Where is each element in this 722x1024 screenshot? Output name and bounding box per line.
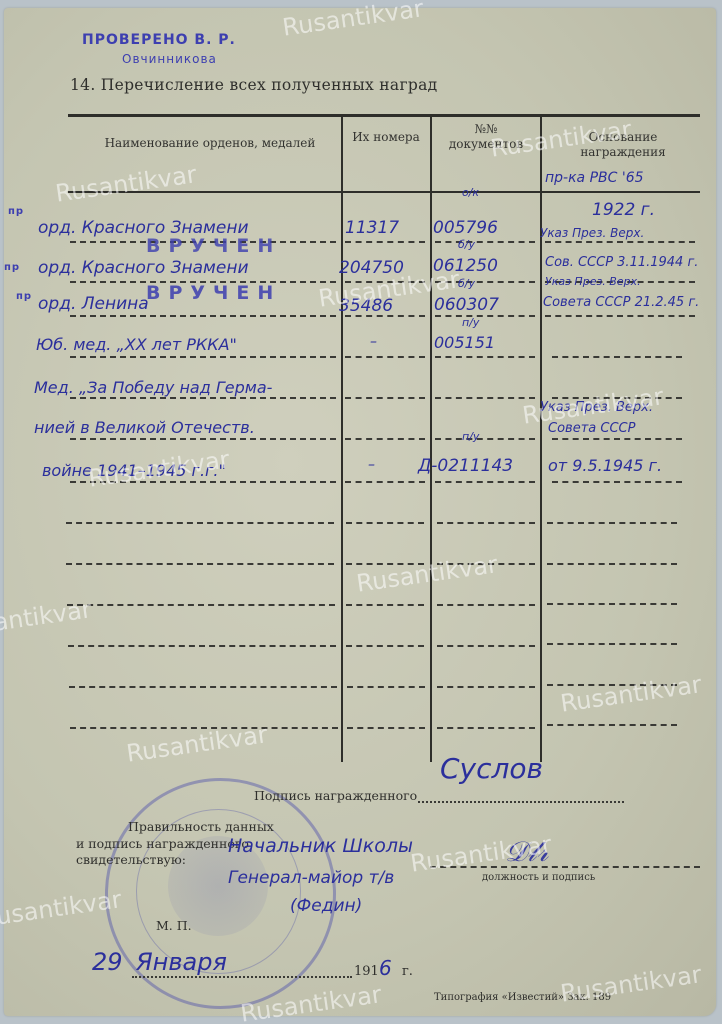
handed-over-stamp: ВРУЧЕН <box>146 282 281 304</box>
document-series: п/у <box>462 430 479 443</box>
award-number: 11317 <box>345 218 399 238</box>
document-series: б/у <box>458 238 475 251</box>
award-basis: Совета СССР 21.2.45 г. <box>543 295 699 310</box>
row-rule <box>70 356 336 358</box>
empty-row-rule <box>437 563 535 565</box>
row-rule <box>345 438 425 440</box>
award-name: Мед. „За Победу над Герма- <box>34 378 272 397</box>
document-number: 060307 <box>434 295 499 315</box>
row-rule <box>435 241 535 243</box>
empty-row-rule <box>346 604 424 606</box>
column-divider-2 <box>430 116 432 762</box>
empty-row-rule <box>547 684 677 686</box>
table-header-rule <box>68 191 700 193</box>
date-year-suffix: 6 <box>379 956 392 980</box>
header-note: пр-ка РВС '65 <box>545 170 644 186</box>
date-month: Января <box>136 948 227 976</box>
date-day: 29 <box>92 948 123 976</box>
position-signature-label: должность и подпись <box>482 872 595 883</box>
award-number: – <box>368 457 375 473</box>
recipient-signature: Суслов <box>440 752 543 785</box>
verify-label-1: Правильность данных <box>128 819 274 834</box>
award-name: Юб. мед. „XX лет РККА" <box>36 335 237 354</box>
row-rule <box>545 241 695 243</box>
official-rank: Генерал-майор т/в <box>228 868 394 888</box>
header-award-name: Наименование орденов, медалей <box>90 136 330 151</box>
verify-label-3: свидетельствую: <box>76 852 186 867</box>
empty-row-rule <box>66 522 334 524</box>
official-title: Начальник Школы <box>228 835 413 857</box>
row-rule <box>70 315 336 317</box>
table-top-rule <box>68 114 700 117</box>
verify-label-2: и подпись награжденного <box>76 836 249 851</box>
printer-imprint: Типография «Известий» Зак. 189 <box>434 992 611 1003</box>
doc-series-first: о/к <box>462 186 479 199</box>
document-number: Д-0211143 <box>418 456 513 476</box>
award-basis: Указ През. Верх. <box>545 275 641 288</box>
empty-row-rule <box>437 727 535 729</box>
row-mark: пр <box>16 291 32 302</box>
header-numbers: Их номера <box>345 130 427 145</box>
award-number: 35486 <box>339 296 393 316</box>
row-rule <box>435 315 535 317</box>
row-rule <box>552 438 682 440</box>
date-year-end: г. <box>402 964 413 979</box>
empty-row-rule <box>547 724 677 726</box>
seal-place-label: М. П. <box>156 918 192 933</box>
empty-row-rule <box>67 604 335 606</box>
row-mark: пр <box>8 206 24 217</box>
empty-row-rule <box>70 727 338 729</box>
row-mark: пр <box>4 262 20 273</box>
row-rule <box>70 438 336 440</box>
award-basis: 1922 г. <box>592 200 655 220</box>
empty-row-rule <box>437 645 535 647</box>
empty-row-rule <box>547 563 677 565</box>
empty-row-rule <box>437 686 535 688</box>
row-rule <box>70 481 336 483</box>
row-rule <box>552 397 682 399</box>
header-document-numbers: №№ документов <box>440 122 532 152</box>
handed-over-stamp: ВРУЧЕН <box>146 235 281 257</box>
verified-stamp-line1: ПРОВЕРЕНО В. Р. <box>82 32 236 48</box>
empty-row-rule <box>547 643 677 645</box>
date-year-prefix: 191 <box>354 964 379 979</box>
empty-row-rule <box>346 645 424 647</box>
recipient-signature-label: Подпись награжденного <box>254 788 417 803</box>
empty-row-rule <box>547 522 677 524</box>
award-number: – <box>370 334 377 350</box>
column-divider-1 <box>341 116 343 762</box>
award-name: орд. Красного Знамени <box>38 258 249 278</box>
column-divider-3 <box>540 116 542 762</box>
section-title: 14. Перечисление всех полученных наград <box>70 76 437 94</box>
document-number: 005796 <box>433 218 498 238</box>
empty-row-rule <box>346 563 424 565</box>
empty-row-rule <box>69 686 337 688</box>
award-basis: Указ През. Верх. <box>540 400 653 415</box>
row-rule <box>345 397 425 399</box>
empty-row-rule <box>346 522 424 524</box>
empty-row-rule <box>68 645 336 647</box>
award-name: нией в Великой Отечеств. <box>34 418 255 437</box>
row-rule <box>435 281 535 283</box>
row-rule <box>435 356 535 358</box>
document-number: 005151 <box>434 333 495 352</box>
award-name: войне 1941–1945 г.г." <box>42 461 226 480</box>
empty-row-rule <box>437 522 535 524</box>
row-rule <box>435 481 535 483</box>
award-basis: Сов. СССР 3.11.1944 г. <box>545 255 698 270</box>
verified-stamp-line2: Овчинникова <box>122 52 217 66</box>
official-signature: 𝒟𝓁𝓇 <box>505 835 548 869</box>
row-rule <box>345 356 425 358</box>
empty-row-rule <box>347 686 425 688</box>
empty-row-rule <box>347 727 425 729</box>
row-rule <box>345 241 425 243</box>
row-rule <box>545 315 695 317</box>
official-signature-line <box>430 866 700 868</box>
award-basis: Совета СССР <box>548 421 635 436</box>
award-number: 204750 <box>339 258 404 278</box>
row-rule <box>70 397 336 399</box>
document-series: б/у <box>458 277 475 290</box>
row-rule <box>435 397 535 399</box>
recipient-signature-line <box>418 801 624 803</box>
document-series: п/у <box>462 316 479 329</box>
row-rule <box>345 281 425 283</box>
row-rule <box>345 481 425 483</box>
award-basis: от 9.5.1945 г. <box>548 456 662 475</box>
award-name: орд. Ленина <box>38 294 149 314</box>
header-award-basis: Основание награждения <box>548 130 698 160</box>
empty-row-rule <box>66 563 334 565</box>
row-rule <box>552 356 682 358</box>
row-rule <box>552 481 682 483</box>
official-name: (Федин) <box>290 896 362 916</box>
document-number: 061250 <box>433 256 498 276</box>
row-rule <box>435 438 535 440</box>
date-line <box>132 976 352 978</box>
award-basis: Указ През. Верх. <box>540 226 644 240</box>
empty-row-rule <box>547 603 677 605</box>
empty-row-rule <box>437 604 535 606</box>
